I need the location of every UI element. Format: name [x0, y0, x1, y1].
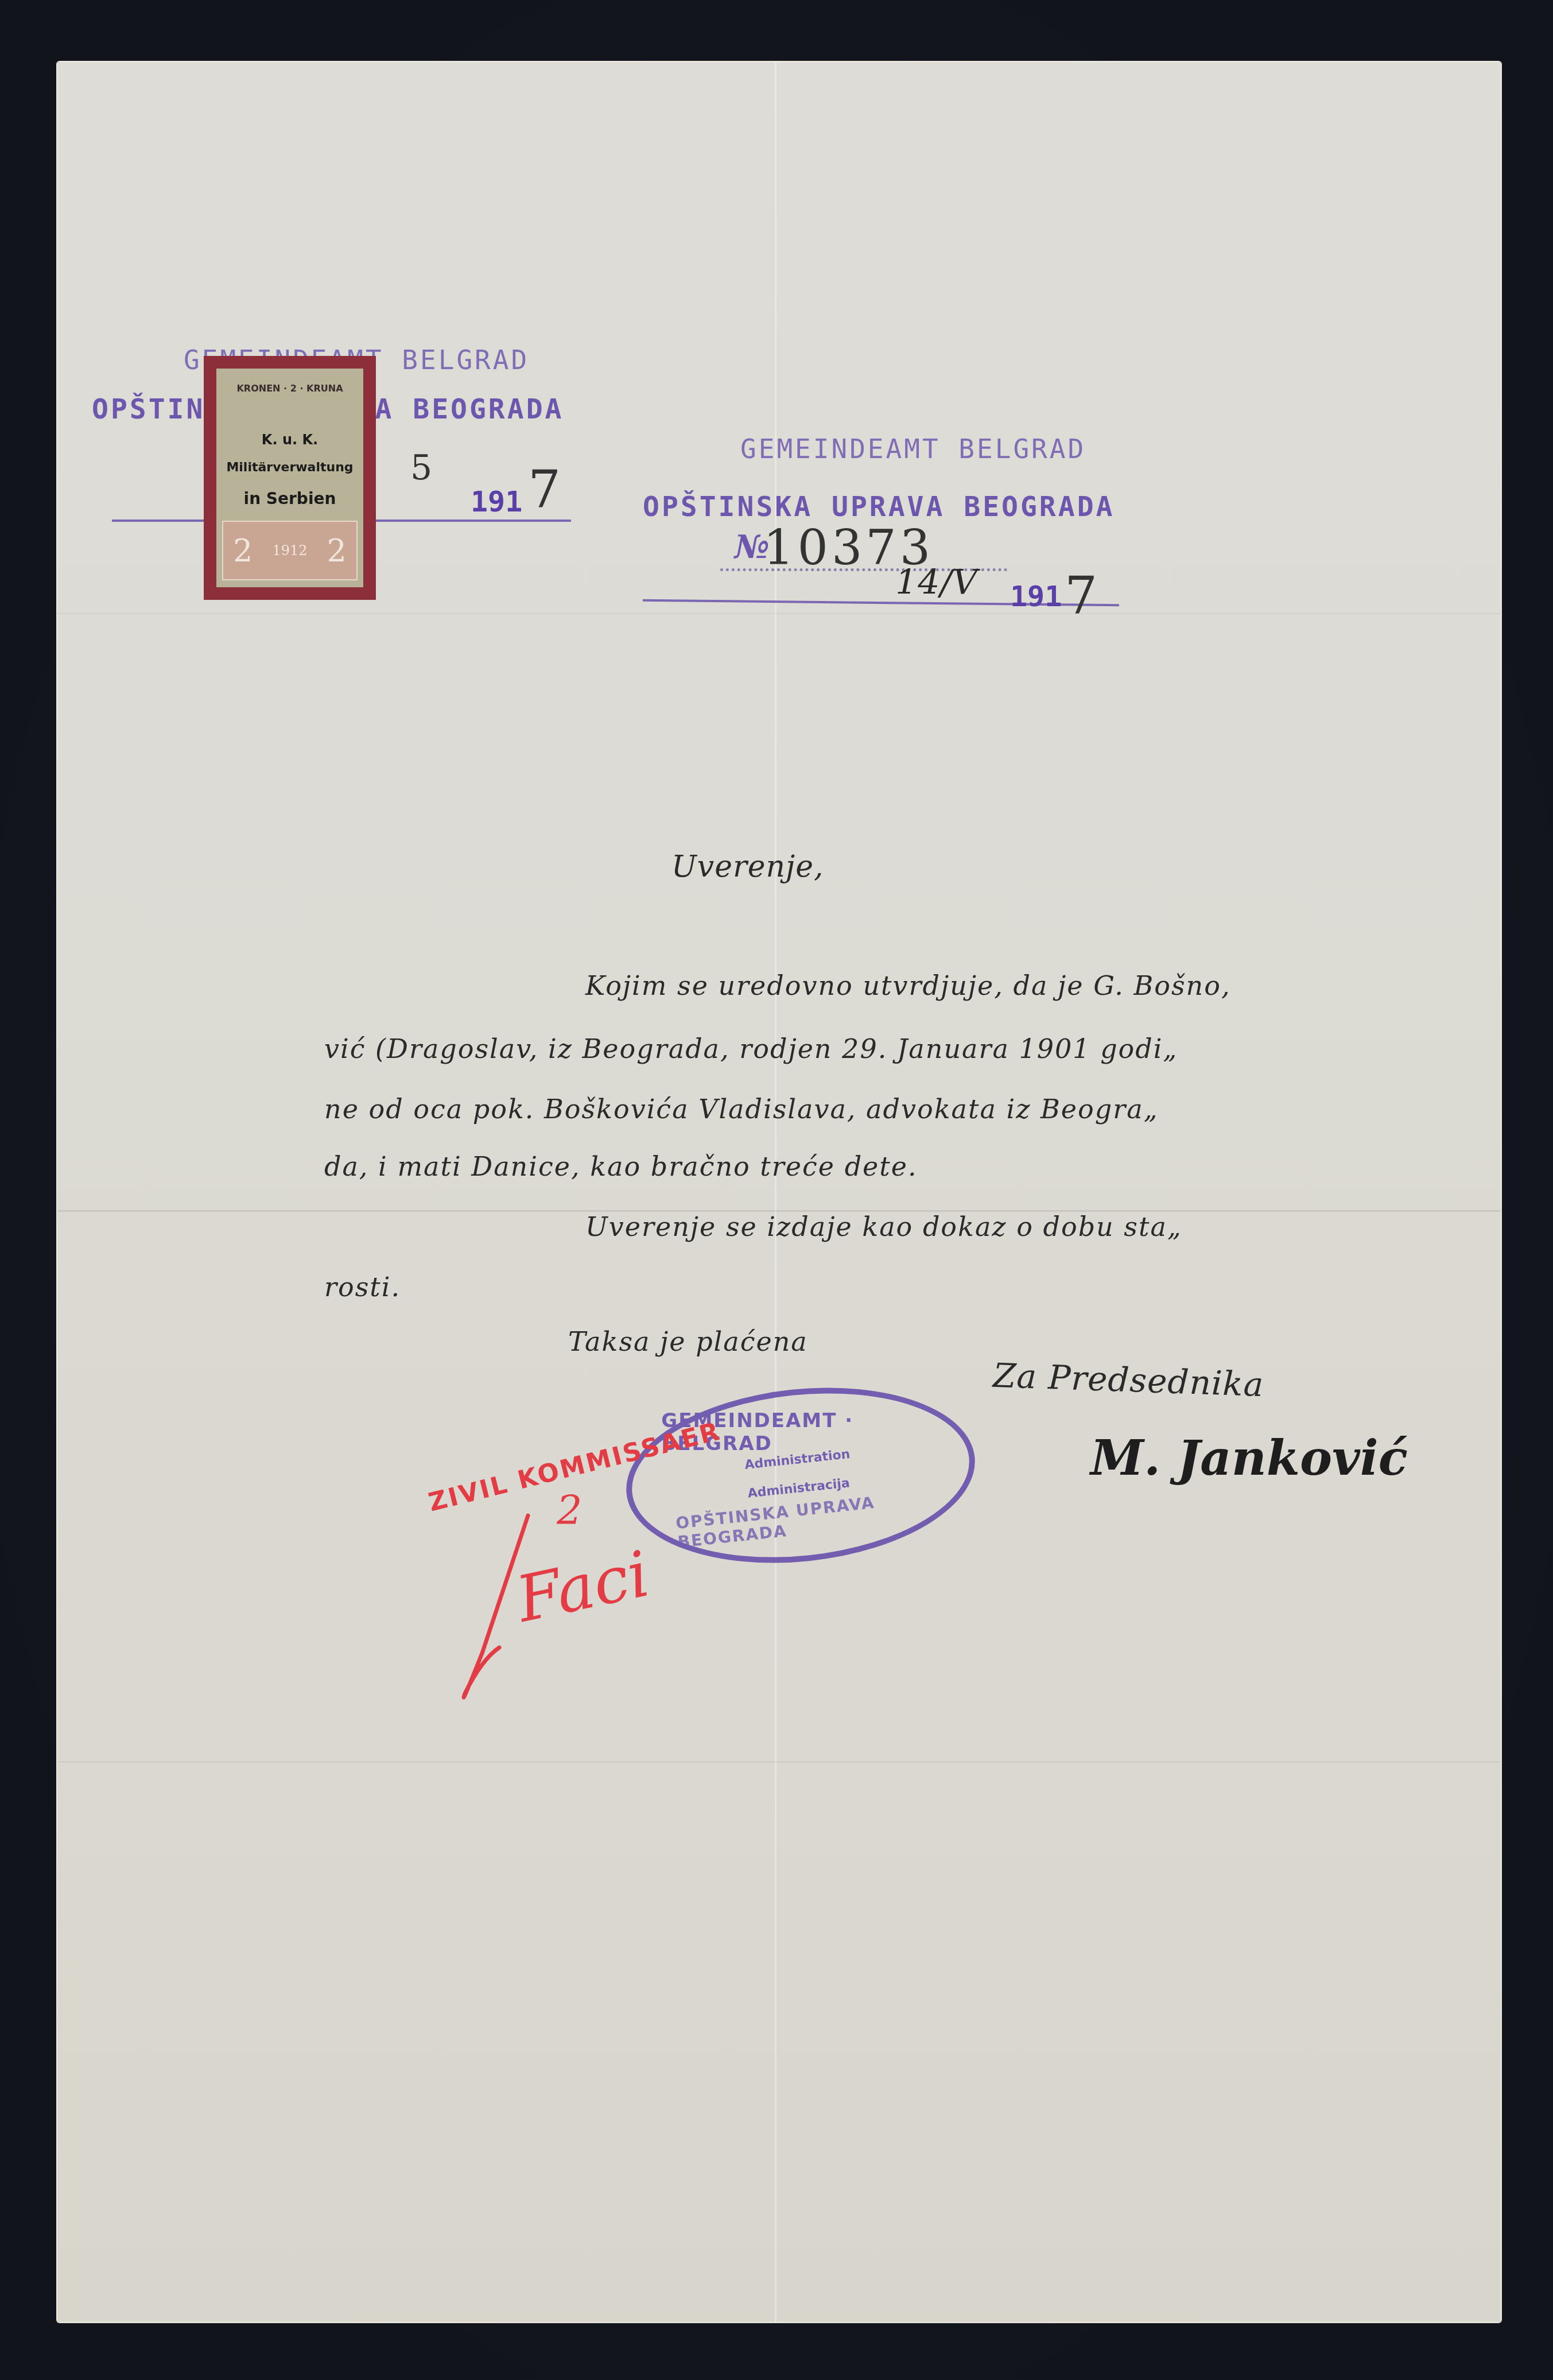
revenue-stamp-year: 1912 [272, 542, 307, 559]
fold-line-vertical [775, 62, 776, 2322]
fee-note: Taksa je plaćena [568, 1326, 808, 1357]
revenue-stamp-top-text: KRONEN · 2 · KRUNA [216, 383, 363, 394]
left-stamp-year-handwritten: 7 [528, 459, 561, 520]
president-signature: M. Janković [1090, 1429, 1408, 1486]
right-stamp-date: 14/V [895, 563, 978, 603]
revenue-stamp-value-panel: 2 1912 2 [222, 521, 358, 580]
revenue-stamp: KRONEN · 2 · KRUNA K. u. K. Militärverwa… [204, 356, 376, 600]
fold-line-lower [57, 1761, 1501, 1762]
left-stamp-year-printed: 191 [471, 485, 522, 518]
body-line-1: Kojim se uredovno utvrdjuje, da je G. Bo… [585, 970, 1231, 1001]
revenue-stamp-overprint-2: Militärverwaltung [216, 460, 363, 475]
right-stamp-line2: OPŠTINSKA UPRAVA BEOGRADA [643, 491, 1115, 523]
left-stamp-date: 5 [410, 448, 433, 488]
document-title: Uverenje, [671, 850, 824, 884]
fold-line-upper [57, 613, 1501, 614]
right-stamp-year-printed: 191 [1010, 580, 1062, 613]
body-line-4: da, i mati Danice, kao bračno treće dete… [324, 1151, 918, 1182]
revenue-stamp-overprint-3: in Serbien [216, 489, 363, 508]
right-stamp-year-handwritten: 7 [1065, 565, 1098, 626]
body-line-2: vić (Dragoslav, iz Beograda, rodjen 29. … [324, 1033, 1178, 1064]
revenue-stamp-value-left: 2 [233, 533, 253, 569]
body-line-6: rosti. [324, 1272, 401, 1303]
right-stamp-line1: GEMEINDEAMT BELGRAD [740, 433, 1086, 464]
body-line-5: Uverenje se izdaje kao dokaz o dobu sta„ [585, 1211, 1182, 1242]
red-signature-stroke [448, 1504, 677, 1734]
body-line-3: ne od oca pok. Boškovića Vladislava, adv… [324, 1094, 1158, 1125]
revenue-stamp-overprint-1: K. u. K. [216, 432, 363, 448]
revenue-stamp-value-right: 2 [327, 533, 347, 569]
